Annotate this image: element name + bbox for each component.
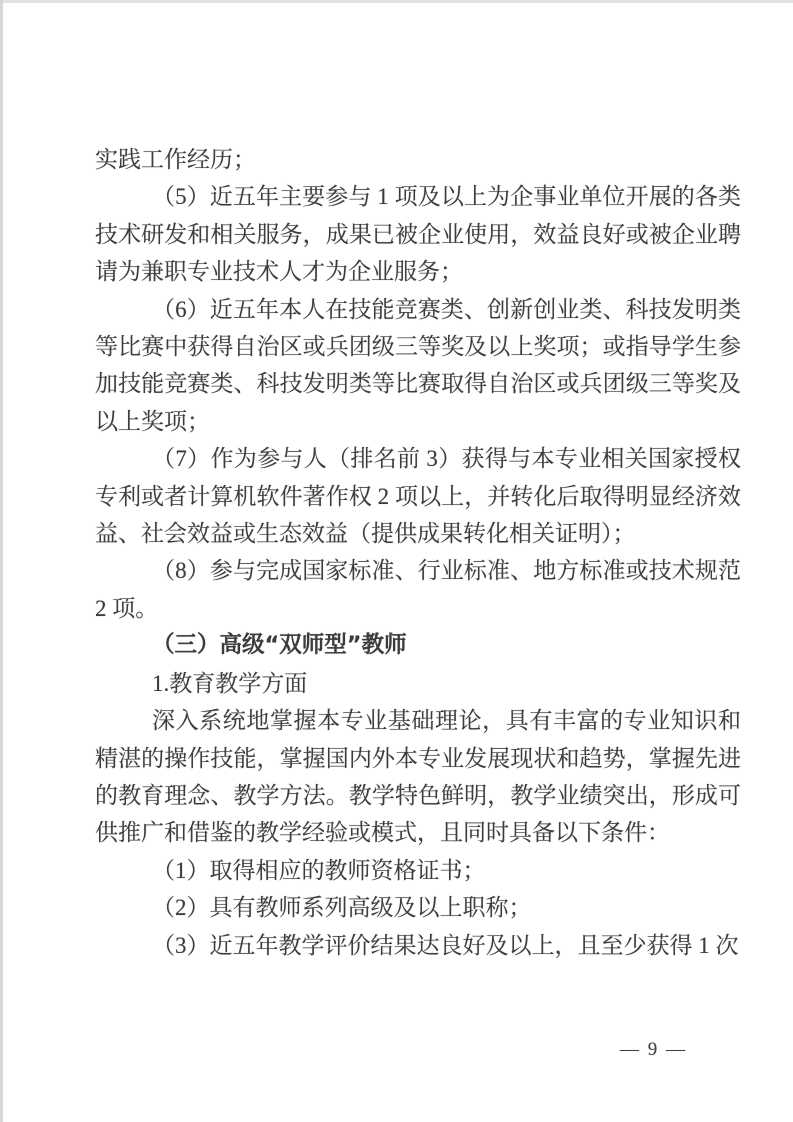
paragraph-item-8: （8）参与完成国家标准、行业标准、地方标准或技术规范 2 项。	[95, 552, 741, 627]
page-number: — 9 —	[620, 1039, 687, 1061]
section-heading: （三）高级“双师型”教师	[95, 627, 741, 664]
subsection-label: 1.教育教学方面	[95, 665, 741, 702]
paragraph-item-6: （6）近五年本人在技能竞赛类、创新创业类、科技发明类等比赛中获得自治区或兵团级三…	[95, 291, 741, 441]
scan-edge-top	[0, 0, 793, 3]
paragraph-item-1: （1）取得相应的教师资格证书；	[95, 852, 741, 889]
paragraph-item-7: （7）作为参与人（排名前 3）获得与本专业相关国家授权专利或者计算机软件著作权 …	[95, 440, 741, 552]
paragraph-body: 深入系统地掌握本专业基础理论，具有丰富的专业知识和精湛的操作技能，掌握国内外本专…	[95, 702, 741, 852]
paragraph-item-5: （5）近五年主要参与 1 项及以上为企事业单位开展的各类技术研发和相关服务，成果…	[95, 178, 741, 290]
scan-edge-left	[0, 0, 3, 1122]
paragraph-continuation: 实践工作经历；	[95, 141, 741, 178]
scanned-document-page: { "colors": { "text": "#3b3b3b", "page_b…	[0, 0, 793, 1122]
paragraph-item-3: （3）近五年教学评价结果达良好及以上，且至少获得 1 次	[95, 927, 741, 964]
paragraph-item-2: （2）具有教师系列高级及以上职称；	[95, 889, 741, 926]
document-body: 实践工作经历； （5）近五年主要参与 1 项及以上为企事业单位开展的各类技术研发…	[95, 141, 741, 964]
